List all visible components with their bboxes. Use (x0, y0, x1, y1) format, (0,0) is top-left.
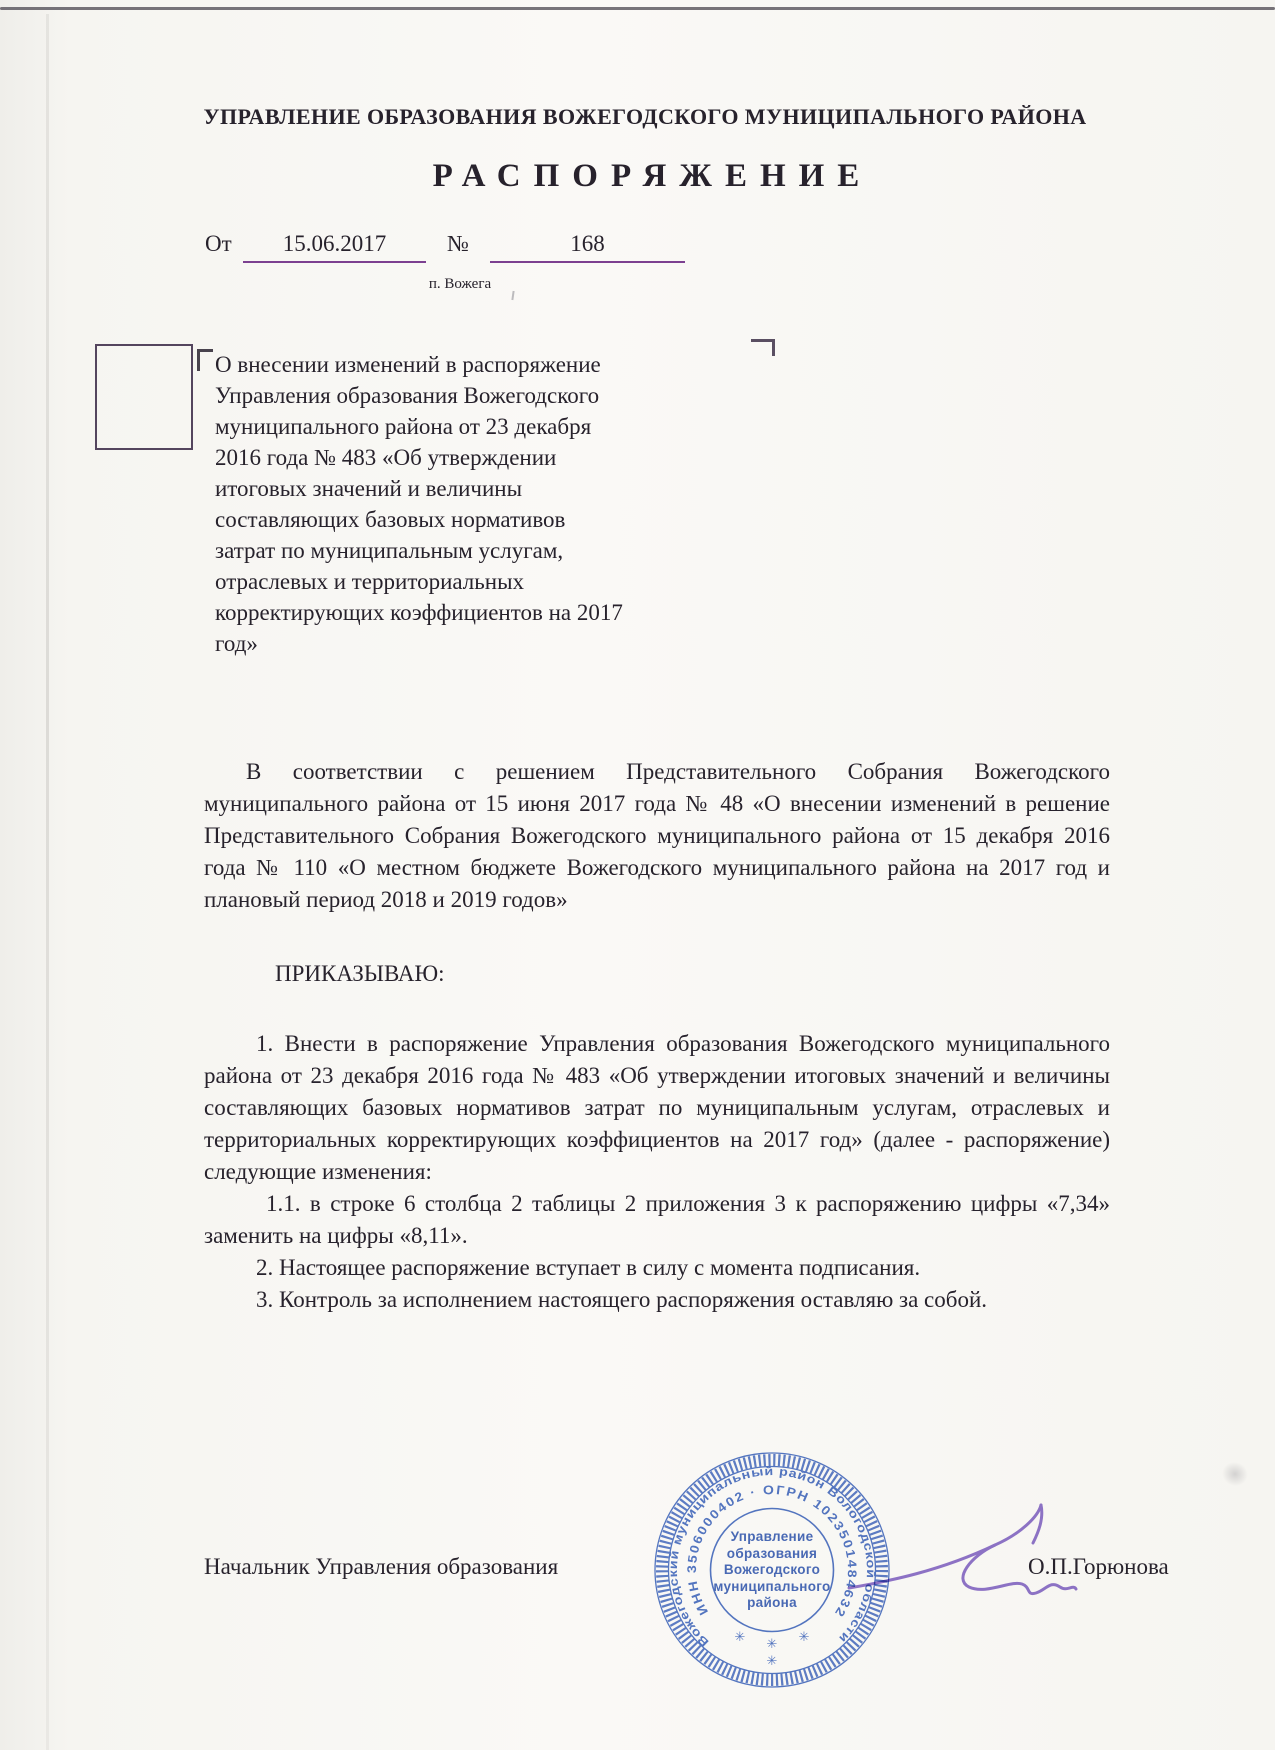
order-item-2: 2. Настоящее распоряжение вступает в сил… (204, 1252, 1110, 1284)
organization-name: УПРАВЛЕНИЕ ОБРАЗОВАНИЯ ВОЖЕГОДСКОГО МУНИ… (150, 104, 1140, 130)
stamp-center-text: Управление образования Вожегодского муни… (701, 1529, 843, 1612)
signature-strokes (845, 1493, 1080, 1623)
date-label: От (205, 231, 232, 257)
document-type-title: РАСПОРЯЖЕНИЕ (146, 158, 1146, 195)
corner-mark-left-icon (197, 349, 213, 371)
place-name: п. Вожега (380, 276, 540, 293)
order-item-3: 3. Контроль за исполнением настоящего ра… (204, 1284, 1110, 1316)
scanned-document-page: УПРАВЛЕНИЕ ОБРАЗОВАНИЯ ВОЖЕГОДСКОГО МУНИ… (0, 0, 1275, 1750)
stamp-star-icon: ✳ (767, 1654, 778, 1669)
stamp-star-icon: ✳ (799, 1630, 810, 1645)
order-word: ПРИКАЗЫВАЮ: (275, 961, 445, 987)
scan-crease (46, 14, 49, 1750)
order-items: 1. Внести в распоряжение Управления обра… (204, 1028, 1110, 1316)
empty-mark-box (95, 344, 193, 450)
handwritten-signature (845, 1493, 1080, 1623)
stamp-star-icon: ✳ (734, 1630, 745, 1645)
stamp-star-icon: ✳ (767, 1637, 778, 1652)
number-label: № (447, 231, 469, 257)
order-item-1: 1. Внести в распоряжение Управления обра… (204, 1028, 1110, 1188)
number-value: 168 (490, 228, 685, 263)
order-item-1-1: 1.1. в строке 6 столбца 2 таблицы 2 прил… (204, 1188, 1110, 1252)
scan-smudge (1219, 1458, 1252, 1489)
date-value: 15.06.2017 (243, 228, 426, 263)
signer-position: Начальник Управления образования (204, 1554, 558, 1580)
preamble-paragraph: В соответствии с решением Представительн… (204, 756, 1110, 916)
subject-block: О внесении изменений в распоряжение Упра… (215, 349, 795, 659)
scan-edge-line (0, 7, 1275, 10)
